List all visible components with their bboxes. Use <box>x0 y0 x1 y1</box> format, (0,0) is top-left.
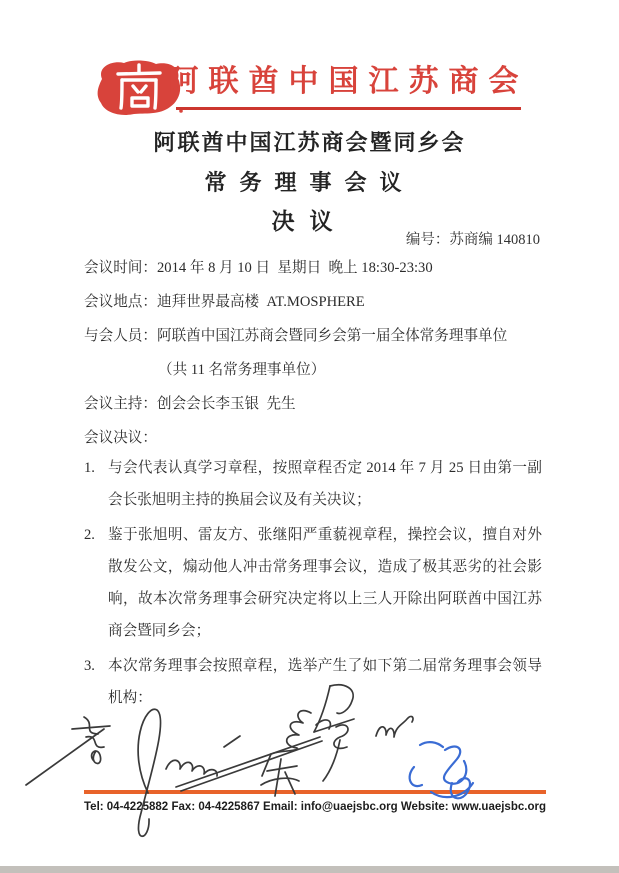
meta-value: 创会会长李玉银 先生 <box>157 396 296 412</box>
meta-row-attendee-count: （共 11 名常务理事单位） <box>84 359 554 393</box>
resolution-text: 与会代表认真学习章程，按照章程否定 2014 年 7 月 25 日由第一副会长张… <box>108 452 542 516</box>
meta-row-attendees: 与会人员：阿联酋中国江苏商会暨同乡会第一届全体常务理事单位 <box>84 325 554 359</box>
footer-tel: Tel: 04-4225882 <box>84 801 168 813</box>
meta-value: （共 11 名常务理事单位） <box>158 362 325 378</box>
title-meeting-line: 常务理事会议 <box>82 168 537 197</box>
footer-contact-row: Tel: 04-4225882 Fax: 04-4225867 Email: i… <box>84 801 546 813</box>
meta-label: 会议地点： <box>84 294 157 310</box>
signature-handwritten-1 <box>26 717 110 785</box>
footer-fax: Fax: 04-4225867 <box>172 801 260 813</box>
scanned-document-page: 阿联酋中国江苏商会 阿联酋中国江苏商会暨同乡会 常务理事会议 决议 编号：苏商编… <box>0 0 619 873</box>
document-number: 编号：苏商编 140810 <box>82 228 540 249</box>
meta-value: 迪拜世界最高楼 AT.MOSPHERE <box>157 294 365 310</box>
meta-value: 阿联酋中国江苏商会暨同乡会第一届全体常务理事单位 <box>157 328 507 344</box>
resolution-item: 1. 与会代表认真学习章程，按照章程否定 2014 年 7 月 25 日由第一副… <box>84 452 542 516</box>
meta-label: 会议时间： <box>84 260 157 276</box>
footer-divider <box>84 790 546 794</box>
meta-label: 会议决议： <box>84 430 157 446</box>
signature-handwritten-4 <box>376 716 413 737</box>
title-org-line: 阿联酋中国江苏商会暨同乡会 <box>82 128 537 157</box>
meta-row-location: 会议地点：迪拜世界最高楼 AT.MOSPHERE <box>84 291 554 325</box>
meta-row-chair: 会议主持：创会会长李玉银 先生 <box>84 393 554 427</box>
resolution-number: 3. <box>84 650 108 714</box>
meta-label: 会议主持： <box>84 396 157 412</box>
footer-email: Email: info@uaejsbc.org <box>263 801 398 813</box>
meta-value: 2014 年 8 月 10 日 星期日 晚上 18:30-23:30 <box>157 260 433 276</box>
scan-edge-artifact <box>0 866 619 873</box>
signature-handwritten-5 <box>261 749 299 796</box>
resolution-number: 1. <box>84 452 108 516</box>
resolution-text: 本次常务理事会按照章程，选举产生了如下第二届常务理事会领导机构： <box>108 650 542 714</box>
meta-row-time: 会议时间：2014 年 8 月 10 日 星期日 晚上 18:30-23:30 <box>84 257 554 291</box>
document-title-block: 阿联酋中国江苏商会暨同乡会 常务理事会议 决议 <box>82 128 537 236</box>
resolution-text: 鉴于张旭明、雷友方、张继阳严重藐视章程，操控会议，擅自对外散发公文，煽动他人冲击… <box>108 519 542 647</box>
resolution-list: 1. 与会代表认真学习章程，按照章程否定 2014 年 7 月 25 日由第一副… <box>84 452 542 717</box>
letterhead-org-name: 阿联酋中国江苏商会 <box>176 56 521 110</box>
meeting-meta: 会议时间：2014 年 8 月 10 日 星期日 晚上 18:30-23:30 … <box>84 257 554 461</box>
signature-handwritten-2 <box>138 709 330 836</box>
footer-website: Website: www.uaejsbc.org <box>401 801 546 813</box>
resolution-item: 2. 鉴于张旭明、雷友方、张继阳严重藐视章程，操控会议，擅自对外散发公文，煽动他… <box>84 519 542 647</box>
resolution-number: 2. <box>84 519 108 647</box>
resolution-item: 3. 本次常务理事会按照章程，选举产生了如下第二届常务理事会领导机构： <box>84 650 542 714</box>
meta-label: 与会人员： <box>84 328 157 344</box>
